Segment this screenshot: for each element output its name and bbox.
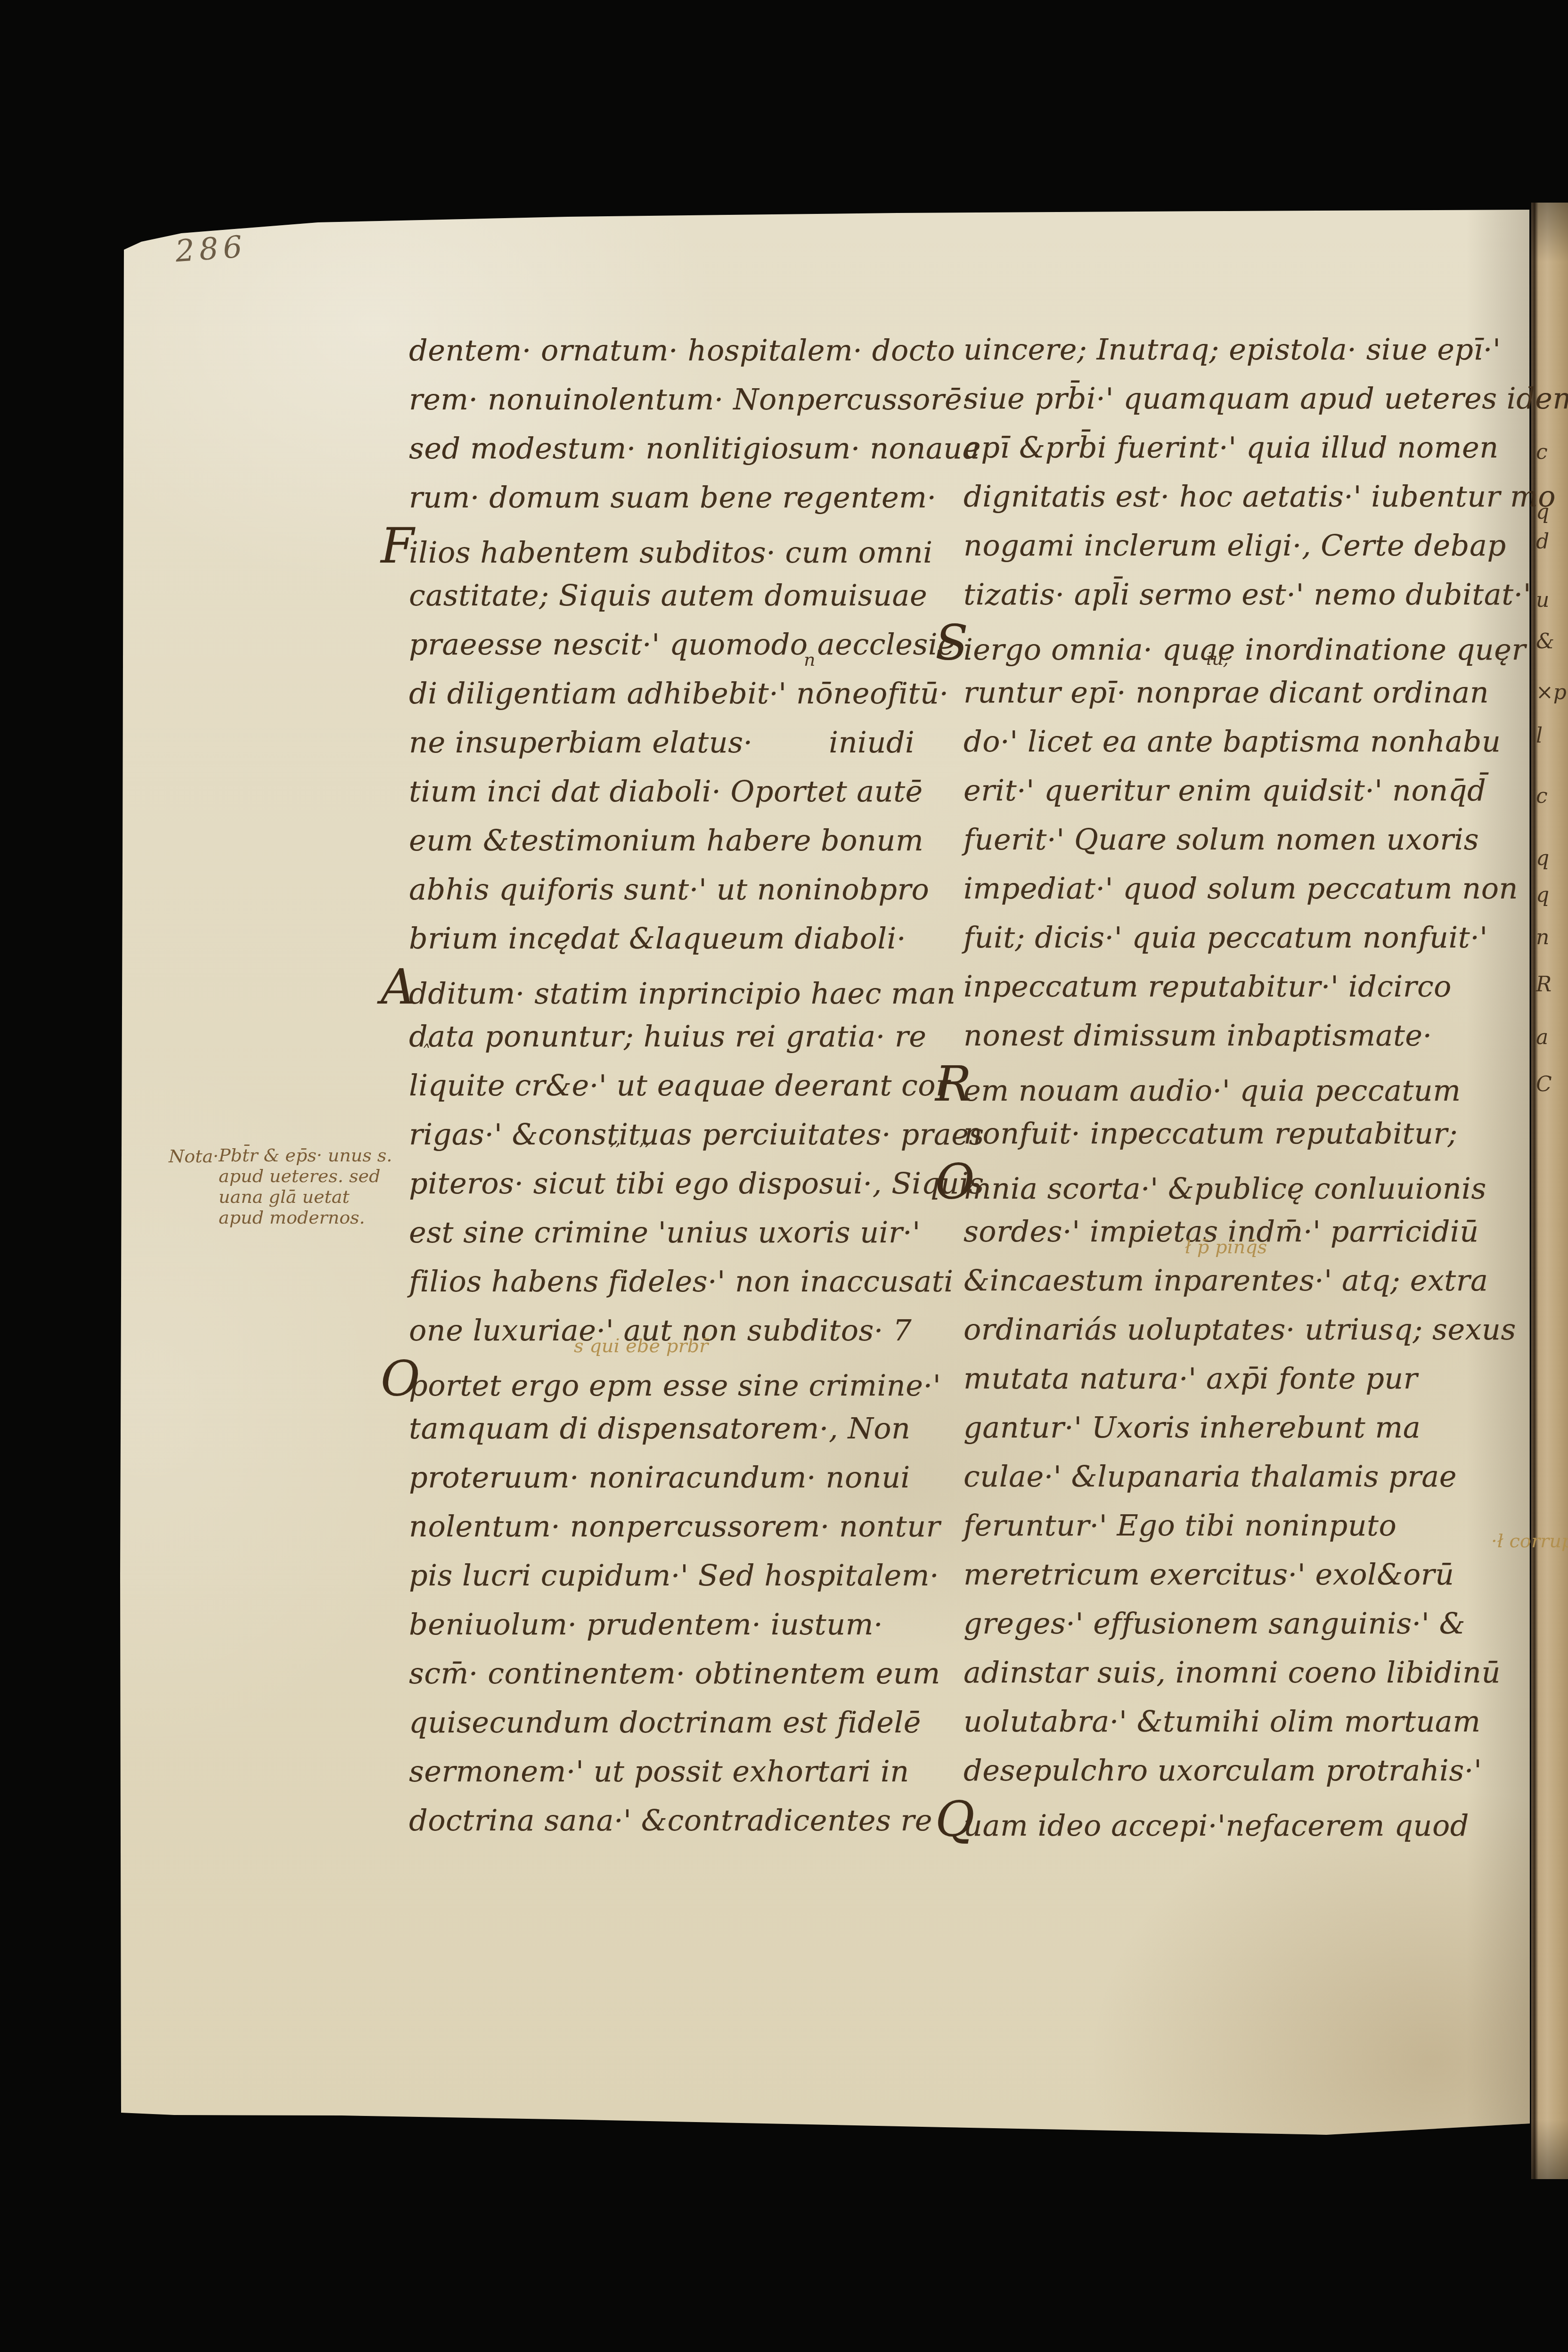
- text-line: adinstar suis, inomni coeno libidinū: [964, 1648, 1501, 1697]
- text-line: nonfuit· inpeccatum reputabitur;: [964, 1109, 1458, 1158]
- text-line: mutata natura·' axp̄i fonte pur: [964, 1354, 1418, 1403]
- text-column-right: uincere; Inutraq; epistola· siue epī·'si…: [964, 325, 1529, 1852]
- text-line: Filios habentem subditos· cum omni: [409, 522, 933, 571]
- nota-line: uana glā uetat: [219, 1186, 433, 1207]
- nota-body: Pbt̄r & ep̄s· unus s.apud ueteres. sedua…: [219, 1145, 433, 1228]
- text-line: praeesse nescit·' quomodo aecclesie: [409, 620, 955, 669]
- text-line: tamquam di dispensatorem·, Non: [409, 1404, 910, 1453]
- text-line: nolentum· nonpercussorem· nontur: [409, 1502, 940, 1551]
- folio-number: 286: [174, 229, 248, 269]
- manuscript-photo: { "page_number": "286", "ink_colors": { …: [0, 0, 1568, 2352]
- interlinear-gloss: s qui ebe prbr̄: [574, 1335, 708, 1357]
- text-line: feruntur·' Ego tibi noninputo: [964, 1501, 1396, 1550]
- text-line: Quam ideo accepi·'nefacerem quod: [964, 1795, 1469, 1844]
- text-line: piteros· sicut tibi ego disposui·, Siqui…: [409, 1159, 984, 1208]
- interlinear-gloss: ł p̄ pinq̄s: [1185, 1236, 1267, 1258]
- text-line: desepulchro uxorculam protrahis·': [964, 1746, 1482, 1795]
- text-line: fuerit·' Quare solum nomen uxoris: [964, 815, 1479, 864]
- text-line: beniuolum· prudentem· iustum·: [409, 1600, 883, 1649]
- text-line: eum &testimonium habere bonum: [409, 816, 923, 865]
- text-line: nonest dimissum inbaptismate·: [964, 1011, 1432, 1060]
- text-line: tizatis· apl̄i sermo est·' nemo dubitat·…: [964, 570, 1531, 619]
- nota-line: apud modernos.: [219, 1207, 433, 1228]
- fore-edge-letter: &: [1536, 629, 1554, 653]
- text-line: sermonem·' ut possit exhortari in: [409, 1747, 909, 1796]
- text-line: meretricum exercitus·' exol&orū: [964, 1550, 1454, 1599]
- text-line: sed modestum· nonlitigiosum· nonaua: [409, 424, 980, 473]
- text-line: tium inci dat diaboli· Oportet autē: [409, 767, 923, 816]
- text-line: do·' licet ea ante baptisma nonhabu: [964, 717, 1501, 766]
- nota-line: Pbt̄r & ep̄s· unus s.: [219, 1145, 433, 1166]
- text-line: di diligentiam adhibebit·' nōneofitū·: [409, 669, 949, 718]
- text-line: Omnia scorta·' &publicę conluuionis: [964, 1158, 1486, 1207]
- fore-edge-letter: n: [1536, 925, 1549, 949]
- text-line: inpeccatum reputabitur·' idcirco: [964, 962, 1452, 1011]
- nota-label: Nota·: [169, 1146, 219, 1167]
- text-line: Rem nouam audio·' quia peccatum: [964, 1060, 1461, 1109]
- interlinear-gloss: n: [804, 649, 815, 670]
- fore-edge-letter: c: [1536, 784, 1548, 808]
- text-line: castitate; Siquis autem domuisuae: [409, 571, 927, 620]
- text-line: data ponuntur; huius rei gratia· re: [409, 1012, 926, 1061]
- text-line: rigas·' &constituas perciuitates· praes: [409, 1110, 984, 1159]
- text-line: rum· domum suam bene regentem·: [409, 473, 937, 522]
- text-line: culae·' &lupanaria thalamis prae: [964, 1452, 1457, 1501]
- text-line: fuit; dicis·' quia peccatum nonfuit·': [964, 913, 1488, 962]
- text-line: Oportet ergo epm esse sine crimine·': [409, 1355, 941, 1404]
- text-line: impediat·' quod solum peccatum non: [964, 864, 1518, 913]
- fore-edge-letter: c: [1536, 440, 1548, 464]
- interlinear-gloss: ˄: [422, 1041, 431, 1062]
- fore-edge-letter: R: [1536, 972, 1552, 996]
- text-line: liquite cr&e·' ut eaquae deerant cor: [409, 1061, 950, 1110]
- interlinear-gloss: ’’ ’’: [609, 1139, 650, 1160]
- text-line: rem· nonuinolentum· Nonpercussorē·: [409, 375, 972, 424]
- text-line: runtur epī· nonprae dicant ordinan: [964, 668, 1489, 717]
- fore-edge-letter: q: [1536, 846, 1549, 870]
- text-line: pis lucri cupidum·' Sed hospitalem·: [409, 1551, 939, 1600]
- text-line: quisecundum doctrinam est fidelē: [409, 1698, 921, 1747]
- text-line: Siergo omnia· quae inordinatione quęr: [964, 619, 1526, 668]
- fore-edge-letter: l: [1536, 724, 1543, 748]
- fore-edge-letter: ×p: [1536, 680, 1567, 704]
- text-line: &incaestum inparentes·' atq; extra: [964, 1256, 1488, 1305]
- text-line: greges·' effusionem sanguinis·' &: [964, 1599, 1465, 1648]
- interlinear-gloss: iu;: [1206, 648, 1229, 669]
- text-column-left: dentem· ornatum· hospitalem· doctorem· n…: [409, 326, 958, 1853]
- fore-edge-letter: u: [1536, 588, 1549, 612]
- nota-line: apud ueteres. sed: [219, 1166, 433, 1186]
- text-line: siue prb̄i·' quamquam apud ueteres idem: [964, 374, 1568, 423]
- text-line: nogami inclerum eligi·, Certe debap: [964, 521, 1506, 570]
- text-line: uincere; Inutraq; epistola· siue epī·': [964, 325, 1501, 374]
- text-line: proteruum· noniracundum· nonui: [409, 1453, 910, 1502]
- fore-edge-letter: d: [1536, 530, 1549, 554]
- text-line: abhis quiforis sunt·' ut noninobpro: [409, 865, 929, 914]
- fore-edge-letter: C: [1536, 1072, 1552, 1096]
- text-line: epī &prb̄i fuerint·' quia illud nomen: [964, 423, 1499, 472]
- text-line: est sine crimine 'unius uxoris uir·': [409, 1208, 921, 1257]
- text-line: filios habens fideles·' non inaccusati: [409, 1257, 954, 1306]
- text-line: ne insuperbiam elatus· iniudi: [409, 718, 915, 767]
- text-line: scm̄· continentem· obtinentem eum: [409, 1649, 940, 1698]
- text-line: Additum· statim inprincipio haec man: [409, 963, 955, 1012]
- text-line: doctrina sana·' &contradicentes re: [409, 1796, 932, 1845]
- fore-edge-letter: q: [1536, 883, 1549, 907]
- fore-edge-letter: a: [1536, 1025, 1548, 1049]
- text-line: ordinariás uoluptates· utriusq; sexus: [964, 1305, 1516, 1354]
- interlinear-gloss: ·ł corruptę: [1491, 1530, 1568, 1552]
- text-line: erit·' queritur enim quidsit·' nonq̄d̄: [964, 766, 1486, 815]
- text-line: dentem· ornatum· hospitalem· docto: [409, 326, 955, 375]
- text-line: gantur·' Uxoris inherebunt ma: [964, 1403, 1421, 1452]
- marginal-note: Nota· Pbt̄r & ep̄s· unus s.apud ueteres.…: [169, 1145, 433, 1228]
- text-line: uolutabra·' &tumihi olim mortuam: [964, 1697, 1481, 1746]
- text-line: brium incędat &laqueum diaboli·: [409, 914, 906, 963]
- text-line: dignitatis est· hoc aetatis·' iubentur m…: [964, 472, 1556, 521]
